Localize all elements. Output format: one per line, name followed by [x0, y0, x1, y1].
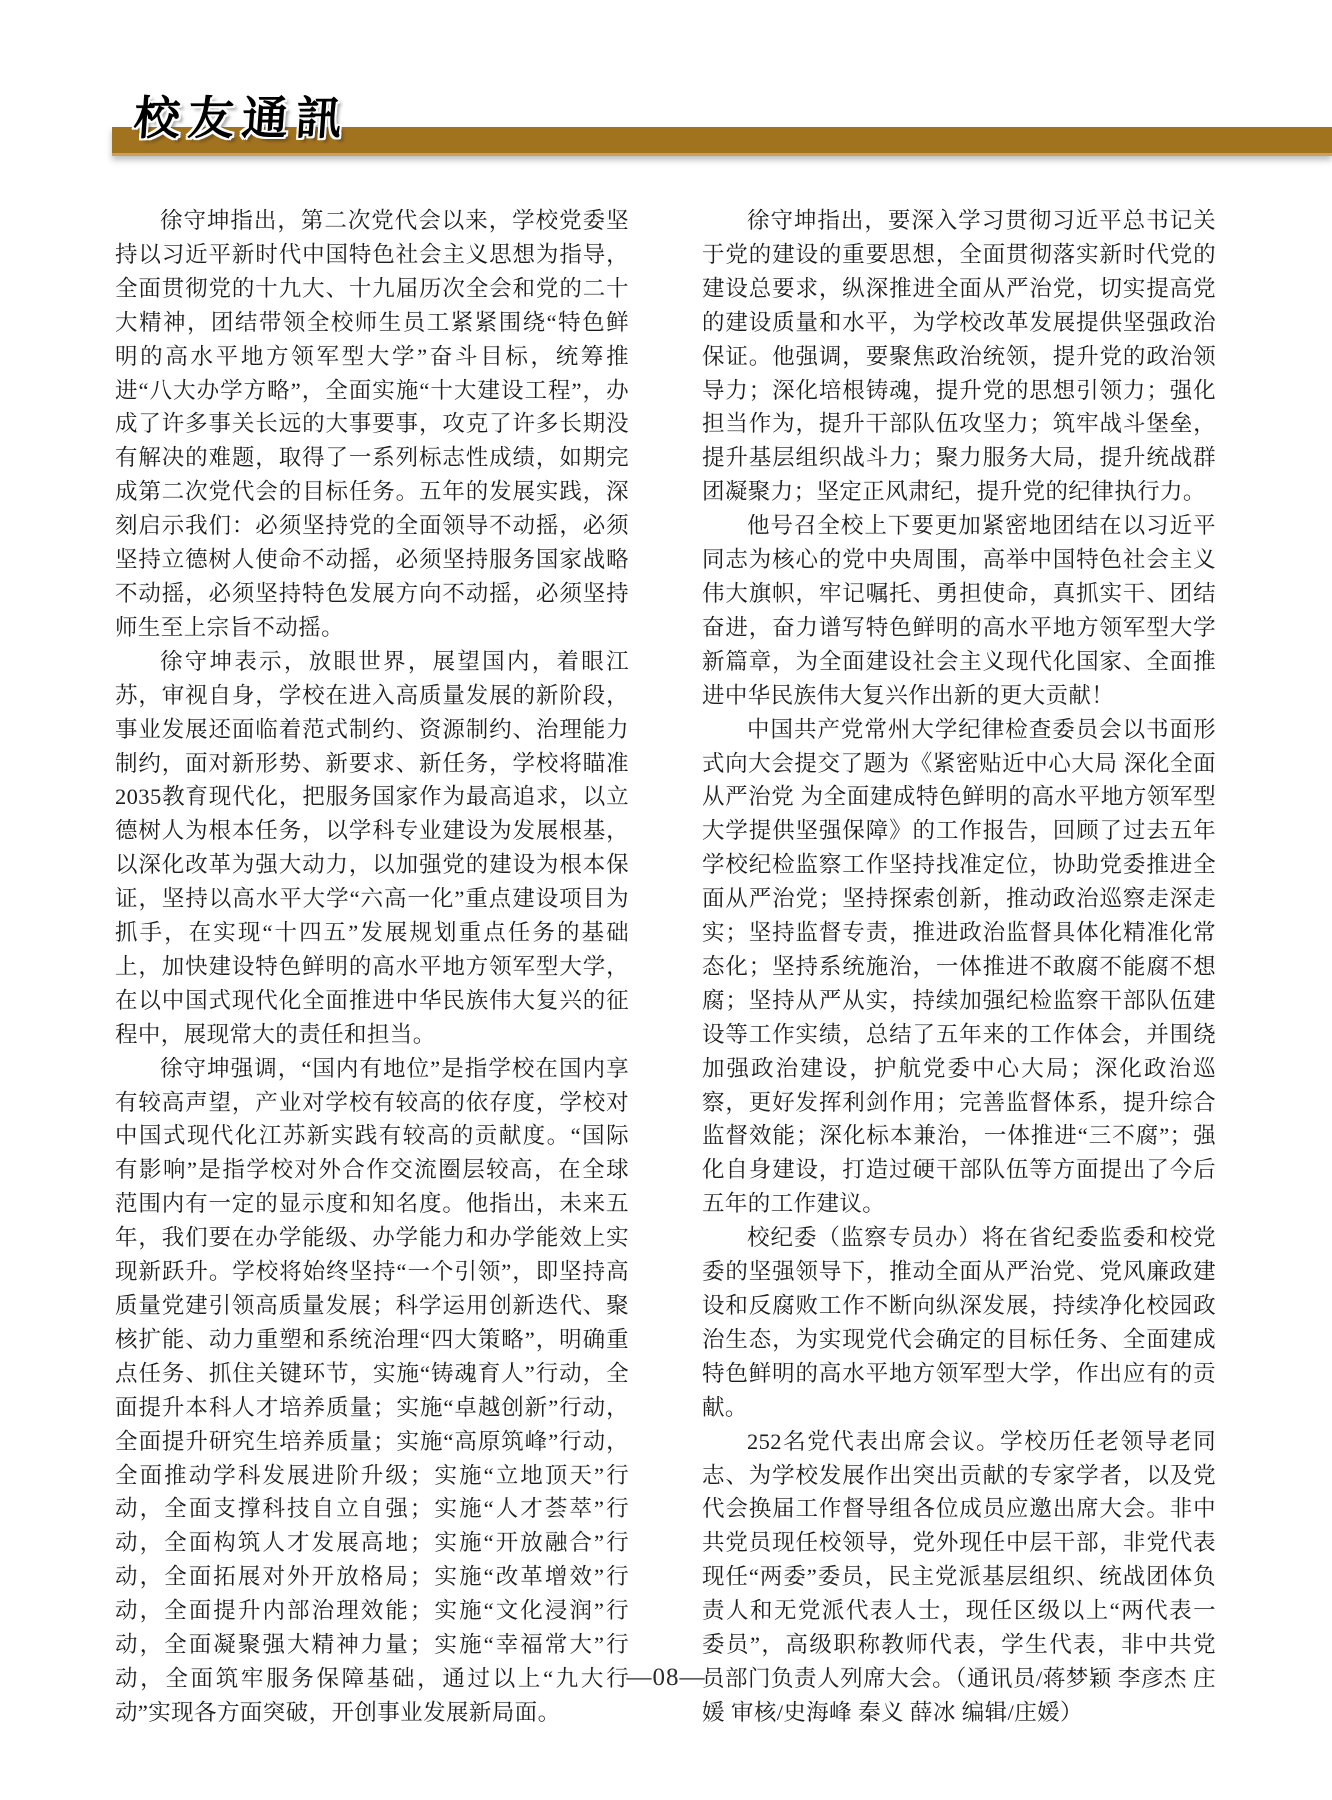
paragraph: 徐守坤表示，放眼世界，展望国内，着眼江苏，审视自身，学校在进入高质量发展的新阶段… — [115, 645, 629, 1052]
article-body: 徐守坤指出，第二次党代会以来，学校党委坚持以习近平新时代中国特色社会主义思想为指… — [115, 204, 1217, 1674]
left-column: 徐守坤指出，第二次党代会以来，学校党委坚持以习近平新时代中国特色社会主义思想为指… — [115, 204, 629, 1674]
paragraph: 校纪委（监察专员办）将在省纪委监委和校党委的坚强领导下，推动全面从严治党、党风廉… — [702, 1221, 1216, 1424]
right-column: 徐守坤指出，要深入学习贯彻习近平总书记关于党的建设的重要思想，全面贯彻落实新时代… — [702, 204, 1216, 1674]
paragraph: 徐守坤指出，要深入学习贯彻习近平总书记关于党的建设的重要思想，全面贯彻落实新时代… — [702, 204, 1216, 509]
paragraph: 徐守坤指出，第二次党代会以来，学校党委坚持以习近平新时代中国特色社会主义思想为指… — [115, 204, 629, 645]
paragraph: 徐守坤强调，“国内有地位”是指学校在国内享有较高声望，产业对学校有较高的依存度，… — [115, 1052, 629, 1730]
paragraph: 他号召全校上下要更加紧密地团结在以习近平同志为核心的党中央周围，高举中国特色社会… — [702, 509, 1216, 712]
masthead-title: 校友通訊 — [132, 88, 352, 148]
page-number: —08— — [0, 1664, 1332, 1692]
paragraph: 中国共产党常州大学纪律检查委员会以书面形式向大会提交了题为《紧密贴近中心大局 深… — [702, 713, 1216, 1222]
